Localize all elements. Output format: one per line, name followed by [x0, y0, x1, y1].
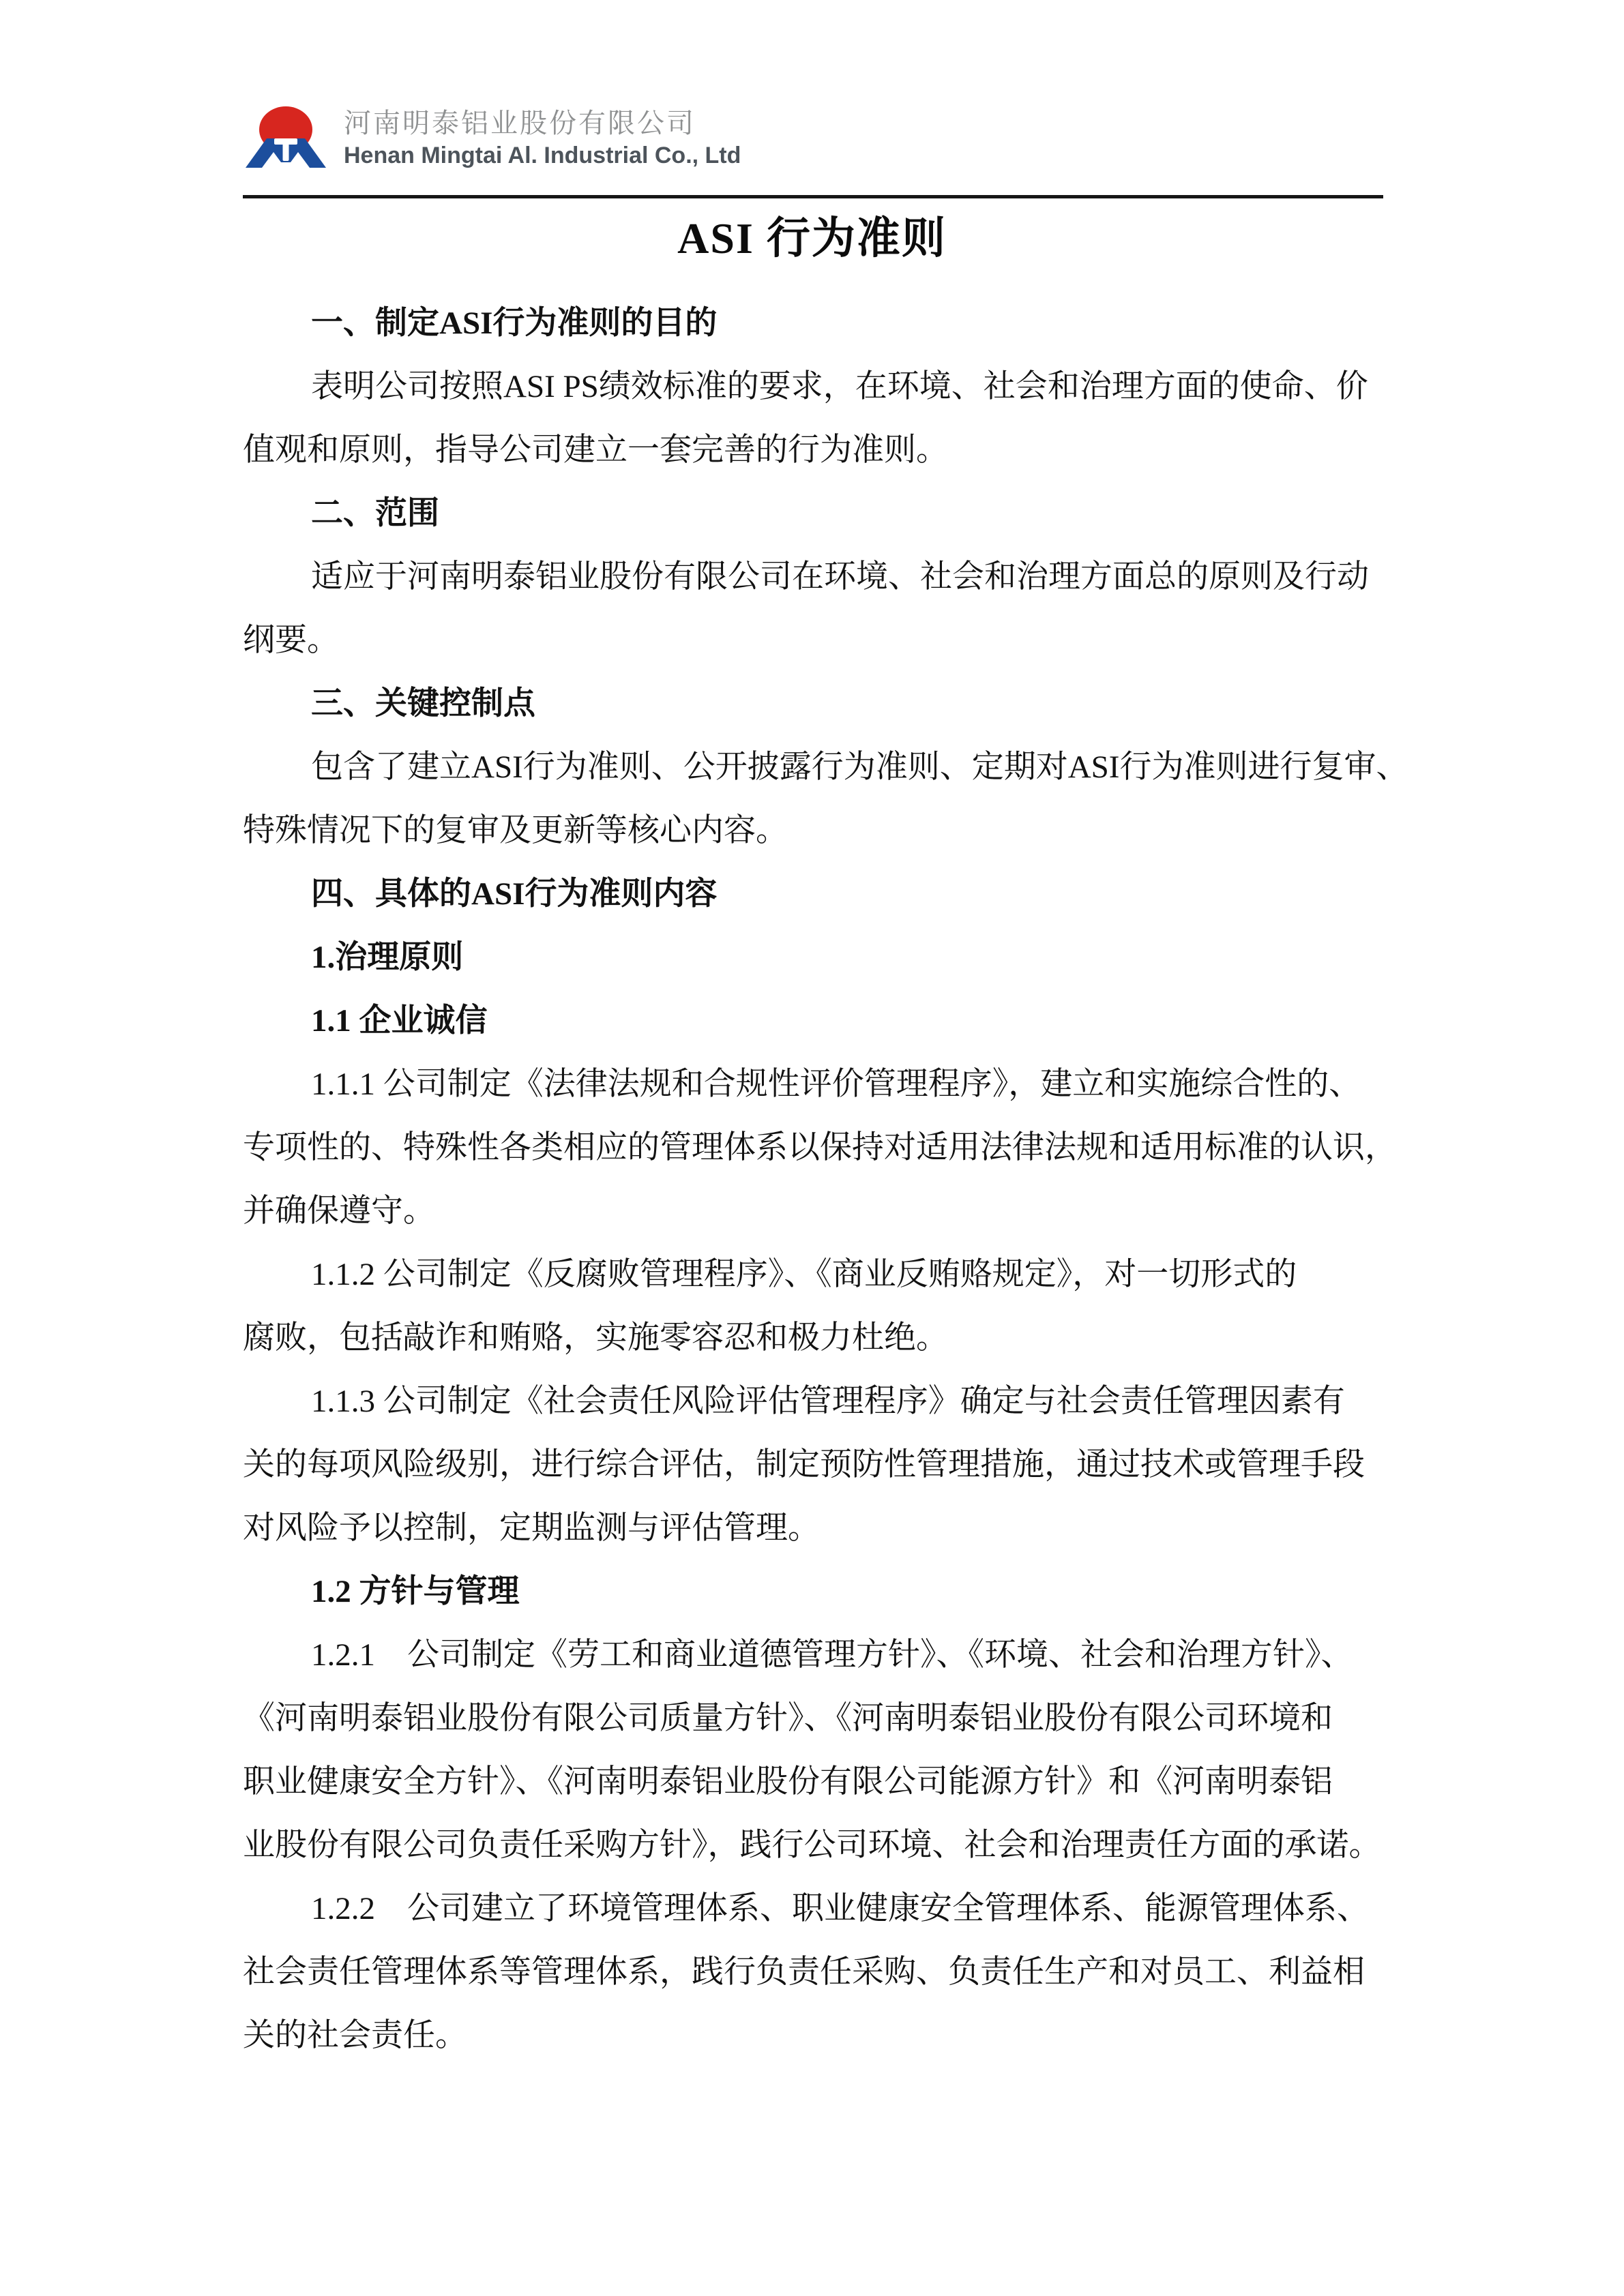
company-name-cn: 河南明泰铝业股份有限公司: [344, 108, 741, 139]
paragraph-line: 业股份有限公司负责任采购方针》，践行公司环境、社会和治理责任方面的承诺。: [243, 1814, 1383, 1877]
paragraph-line: 职业健康安全方针》、《河南明泰铝业股份有限公司能源方针》和《河南明泰铝: [243, 1750, 1383, 1814]
paragraph-line: 专项性的、特殊性各类相应的管理体系以保持对适用法律法规和适用标准的认识，: [243, 1116, 1383, 1180]
subsection-heading-1-2: 1.2 方针与管理: [243, 1560, 1383, 1624]
document-page: 河南明泰铝业股份有限公司 Henan Mingtai Al. Industria…: [0, 0, 1624, 2296]
paragraph-line: 值观和原则，指导公司建立一套完善的行为准则。: [243, 419, 1383, 482]
header-divider-line: [243, 195, 1383, 198]
paragraph-line: 腐败，包括敲诈和贿赂，实施零容忍和极力杜绝。: [243, 1307, 1383, 1370]
document-body: 一、制定ASI行为准则的目的 表明公司按照ASI PS绩效标准的要求，在环境、社…: [243, 292, 1383, 2068]
section-heading-2: 二、范围: [243, 482, 1383, 546]
paragraph-line: 1.2.2 公司建立了环境管理体系、职业健康安全管理体系、能源管理体系、: [243, 1877, 1383, 1941]
paragraph-line: 关的每项风险级别，进行综合评估，制定预防性管理措施，通过技术或管理手段: [243, 1433, 1383, 1497]
section-heading-4: 四、具体的ASI行为准则内容: [243, 863, 1383, 926]
paragraph-line: 适应于河南明泰铝业股份有限公司在环境、社会和治理方面总的原则及行动: [243, 546, 1383, 609]
paragraph-line: 社会责任管理体系等管理体系，践行负责任采购、负责任生产和对员工、利益相: [243, 1941, 1383, 2004]
paragraph-line: 特殊情况下的复审及更新等核心内容。: [243, 799, 1383, 863]
company-name-block: 河南明泰铝业股份有限公司 Henan Mingtai Al. Industria…: [344, 104, 741, 169]
document-title: ASI 行为准则: [0, 203, 1624, 274]
section-heading-3: 三、关键控制点: [243, 672, 1383, 736]
paragraph-line: 并确保遵守。: [243, 1180, 1383, 1243]
paragraph-line: 关的社会责任。: [243, 2004, 1383, 2068]
company-header: 河南明泰铝业股份有限公司 Henan Mingtai Al. Industria…: [244, 104, 741, 173]
company-logo-icon: [244, 104, 326, 173]
paragraph-line: 《河南明泰铝业股份有限公司质量方针》、《河南明泰铝业股份有限公司环境和: [243, 1687, 1383, 1750]
paragraph-line: 1.2.1 公司制定《劳工和商业道德管理方针》、《环境、社会和治理方针》、: [243, 1624, 1383, 1687]
company-name-en: Henan Mingtai Al. Industrial Co., Ltd: [344, 142, 741, 169]
subsection-heading-1: 1.治理原则: [243, 926, 1383, 989]
subsection-heading-1-1: 1.1 企业诚信: [243, 989, 1383, 1053]
paragraph-line: 表明公司按照ASI PS绩效标准的要求，在环境、社会和治理方面的使命、价: [243, 355, 1383, 419]
paragraph-line: 纲要。: [243, 609, 1383, 672]
paragraph-line: 1.1.2 公司制定《反腐败管理程序》、《商业反贿赂规定》，对一切形式的: [243, 1243, 1383, 1307]
paragraph-line: 1.1.1 公司制定《法律法规和合规性评价管理程序》，建立和实施综合性的、: [243, 1053, 1383, 1116]
paragraph-line: 对风险予以控制，定期监测与评估管理。: [243, 1497, 1383, 1560]
paragraph-line: 1.1.3 公司制定《社会责任风险评估管理程序》确定与社会责任管理因素有: [243, 1370, 1383, 1433]
paragraph-line: 包含了建立ASI行为准则、公开披露行为准则、定期对ASI行为准则进行复审、: [243, 736, 1383, 799]
section-heading-1: 一、制定ASI行为准则的目的: [243, 292, 1383, 355]
